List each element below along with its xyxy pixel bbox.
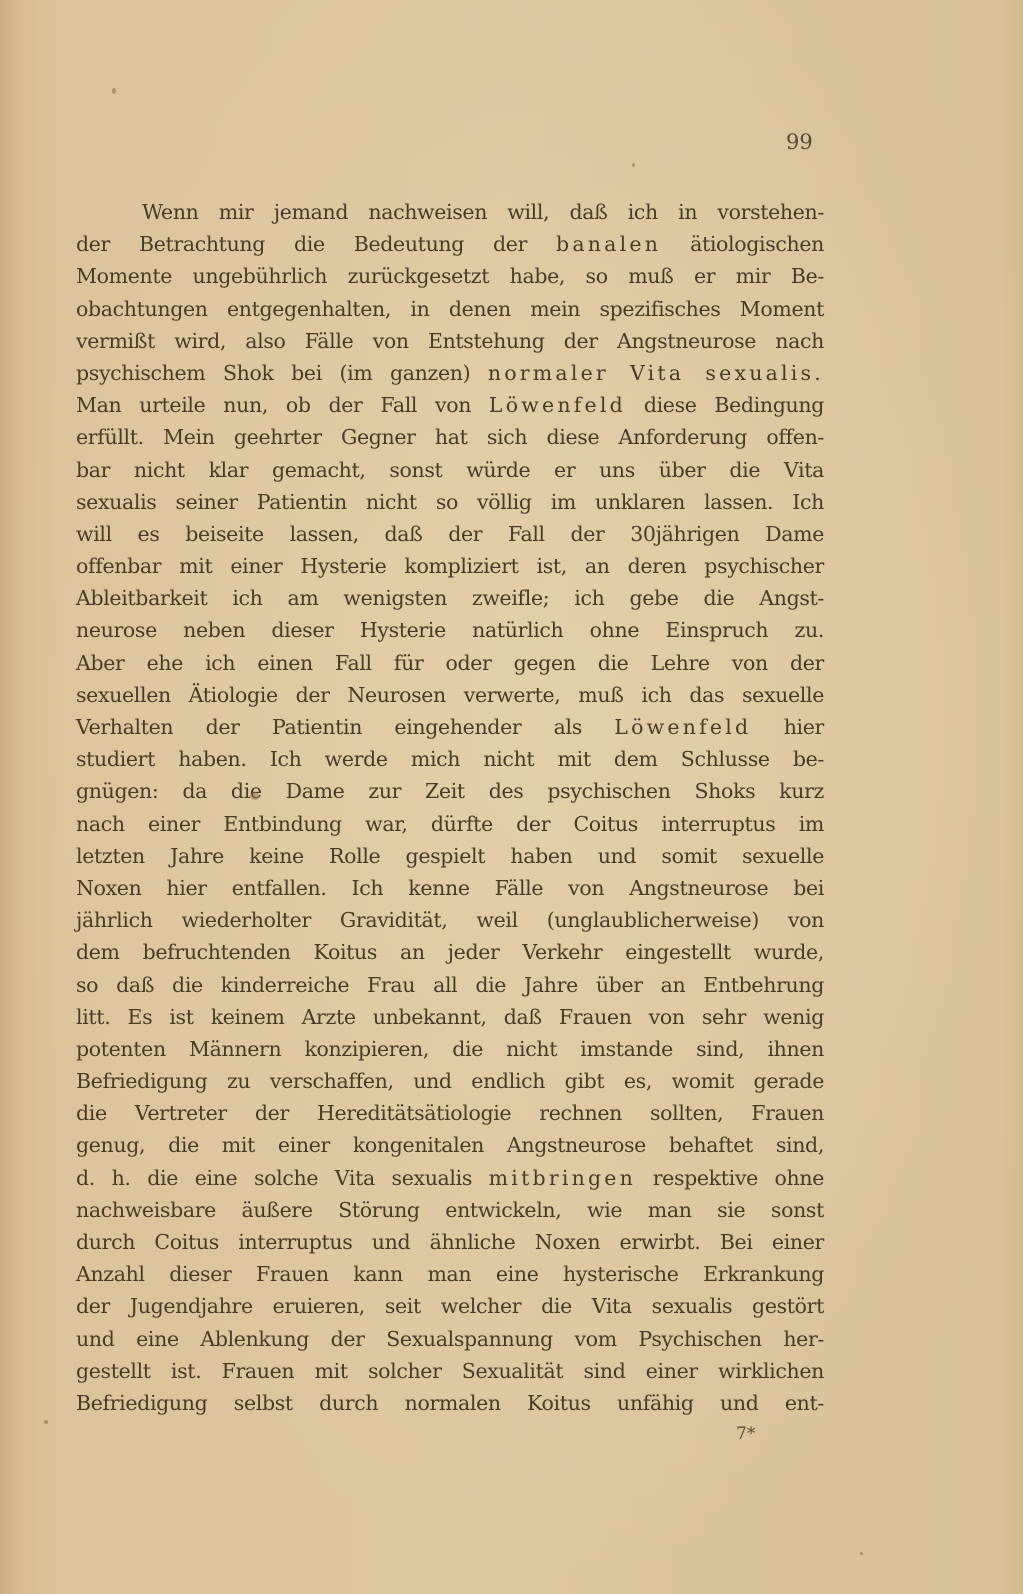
text-line: psychischem Shok bei (im ganzen) normale…: [76, 357, 824, 389]
ink-blot: [250, 792, 259, 800]
text-line: Verhalten der Patientin eingehender als …: [76, 711, 824, 743]
text-line: durch Coitus interruptus und ähnliche No…: [76, 1226, 824, 1258]
text-line: offenbar mit einer Hysterie kompliziert …: [76, 550, 824, 582]
paper-speck: [860, 1552, 863, 1555]
text-line: obachtungen entgegenhalten, in denen mei…: [76, 293, 824, 325]
emphasized-term: banalen: [556, 232, 661, 256]
text-line: letzten Jahre keine Rolle gespielt haben…: [76, 840, 824, 872]
text-line: sexuellen Ätiologie der Neurosen verwert…: [76, 679, 824, 711]
emphasized-term: Löwenfeld: [614, 715, 751, 739]
text-line: gestellt ist. Frauen mit solcher Sexuali…: [76, 1355, 824, 1387]
page-number: 99: [786, 130, 813, 154]
body-paragraph: Wenn mir jemand nachweisen will, daß ich…: [76, 196, 824, 1419]
paper-speck: [112, 88, 116, 94]
text-line: Anzahl dieser Frauen kann man eine hyste…: [76, 1258, 824, 1290]
text-line: Ableitbarkeit ich am wenigsten zweifle; …: [76, 582, 824, 614]
emphasized-term: normaler Vita sexualis.: [488, 361, 824, 385]
text-line: genug, die mit einer kongenitalen Angstn…: [76, 1129, 824, 1161]
text-line: vermißt wird, also Fälle von Entstehung …: [76, 325, 824, 357]
text-line: sexualis seiner Patientin nicht so völli…: [76, 486, 824, 518]
text-line: gnügen: da die Dame zur Zeit des psychis…: [76, 775, 824, 807]
text-line: Wenn mir jemand nachweisen will, daß ich…: [76, 196, 824, 228]
text-line: nachweisbare äußere Störung entwickeln, …: [76, 1194, 824, 1226]
emphasized-term: mitbringen: [489, 1166, 636, 1190]
text-line: Aber ehe ich einen Fall für oder gegen d…: [76, 647, 824, 679]
signature-mark: 7*: [736, 1424, 755, 1444]
text-line: die Vertreter der Hereditätsätiologie re…: [76, 1097, 824, 1129]
text-line: Befriedigung selbst durch normalen Koitu…: [76, 1387, 824, 1419]
text-line: dem befruchtenden Koitus an jeder Verkeh…: [76, 936, 824, 968]
text-line: und eine Ablenkung der Sexualspannung vo…: [76, 1323, 824, 1355]
text-line: will es beiseite lassen, daß der Fall de…: [76, 518, 824, 550]
text-line: Befriedigung zu verschaffen, und endlich…: [76, 1065, 824, 1097]
text-line: so daß die kinderreiche Frau all die Jah…: [76, 969, 824, 1001]
text-line: potenten Männern konzipieren, die nicht …: [76, 1033, 824, 1065]
text-line: nach einer Entbindung war, dürfte der Co…: [76, 808, 824, 840]
text-line: neurose neben dieser Hysterie natürlich …: [76, 614, 824, 646]
text-line: bar nicht klar gemacht, sonst würde er u…: [76, 454, 824, 486]
paper-speck: [44, 1420, 48, 1424]
text-line: litt. Es ist keinem Arzte unbekannt, daß…: [76, 1001, 824, 1033]
text-line: Man urteile nun, ob der Fall von Löwenfe…: [76, 389, 824, 421]
text-line: der Jugendjahre eruieren, seit welcher d…: [76, 1290, 824, 1322]
paper-speck: [632, 163, 635, 167]
text-line: studiert haben. Ich werde mich nicht mit…: [76, 743, 824, 775]
emphasized-term: Löwenfeld: [489, 393, 626, 417]
text-line: Momente ungebührlich zurückgesetzt habe,…: [76, 260, 824, 292]
text-line: d. h. die eine solche Vita sexualis mitb…: [76, 1162, 824, 1194]
text-line: erfüllt. Mein geehrter Gegner hat sich d…: [76, 421, 824, 453]
text-line: der Betrachtung die Bedeutung der banale…: [76, 228, 824, 260]
book-page: 99 Wenn mir jemand nachweisen will, daß …: [0, 0, 1023, 1594]
text-line: Noxen hier entfallen. Ich kenne Fälle vo…: [76, 872, 824, 904]
text-line: jährlich wiederholter Gravidität, weil (…: [76, 904, 824, 936]
